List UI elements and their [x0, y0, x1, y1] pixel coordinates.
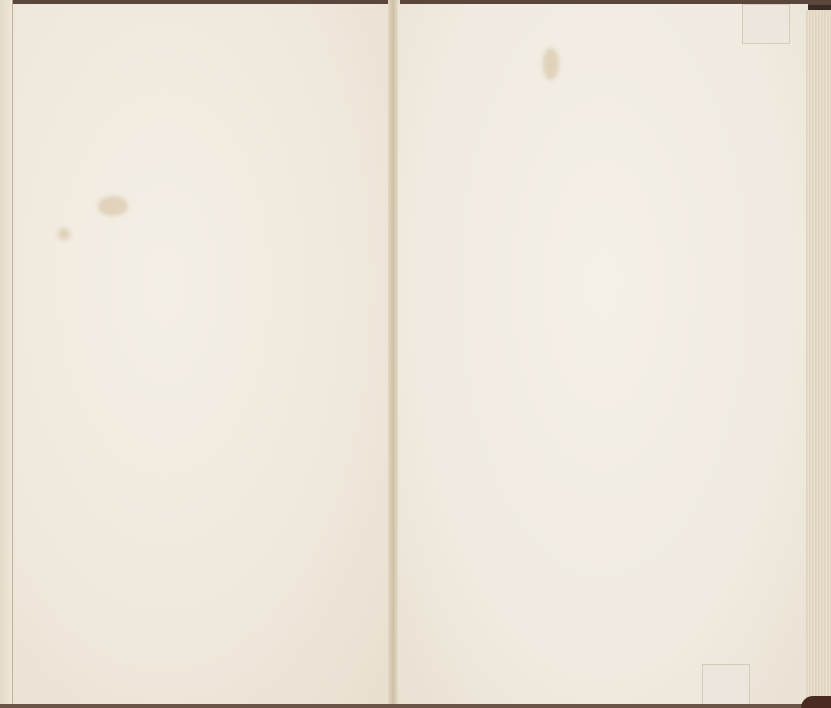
- book-bottom-edge: [0, 704, 831, 708]
- right-page: [398, 4, 808, 704]
- book-cover-corner: [801, 696, 831, 708]
- stain-left: [98, 196, 128, 216]
- stain-right: [543, 48, 559, 80]
- left-page: [12, 4, 391, 704]
- paper-tab-top: [742, 4, 790, 44]
- right-page-edges: [806, 10, 831, 700]
- stain-left-small: [58, 228, 70, 240]
- open-book-photo: [0, 0, 831, 708]
- paper-tab-bottom: [702, 664, 750, 708]
